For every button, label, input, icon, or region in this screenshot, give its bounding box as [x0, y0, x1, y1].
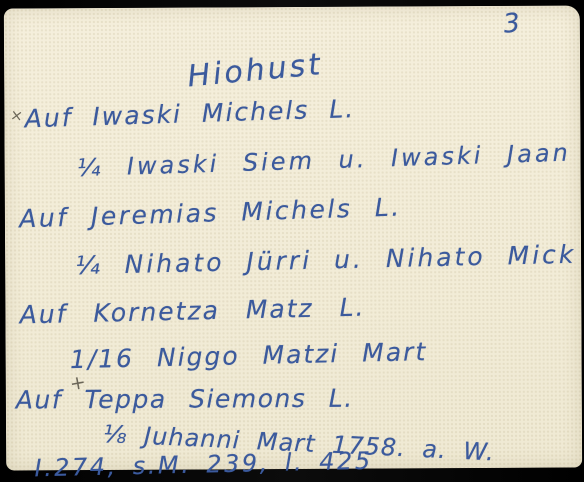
- entry-subline: ¼ Iwaski Siem u. Iwaski Jaan: [77, 139, 572, 183]
- card-title: Hiohust: [186, 47, 324, 94]
- entry-subline: 1/16 Niggo Matzi Mart: [70, 337, 428, 374]
- scanner-background: 3 Hiohust × Auf Iwaski Michels L. ¼ Iwas…: [0, 0, 584, 482]
- pencil-x-mark: ×: [9, 106, 24, 126]
- entry-line: Auf Jeremias Michels L.: [19, 192, 402, 233]
- entry-subline: ¼ Nihato Jürri u. Nihato Mick: [75, 240, 577, 280]
- index-card: 3 Hiohust × Auf Iwaski Michels L. ¼ Iwas…: [4, 5, 582, 470]
- archive-reference-line: I.274, s.M. 239, l. 425: [34, 447, 373, 482]
- entry-line: Auf Iwaski Michels L.: [24, 94, 355, 133]
- entry-line: Auf Teppa Siemons L.: [16, 384, 354, 415]
- entry-line: Auf Kornetza Matz L.: [19, 293, 365, 330]
- page-number: 3: [502, 8, 522, 40]
